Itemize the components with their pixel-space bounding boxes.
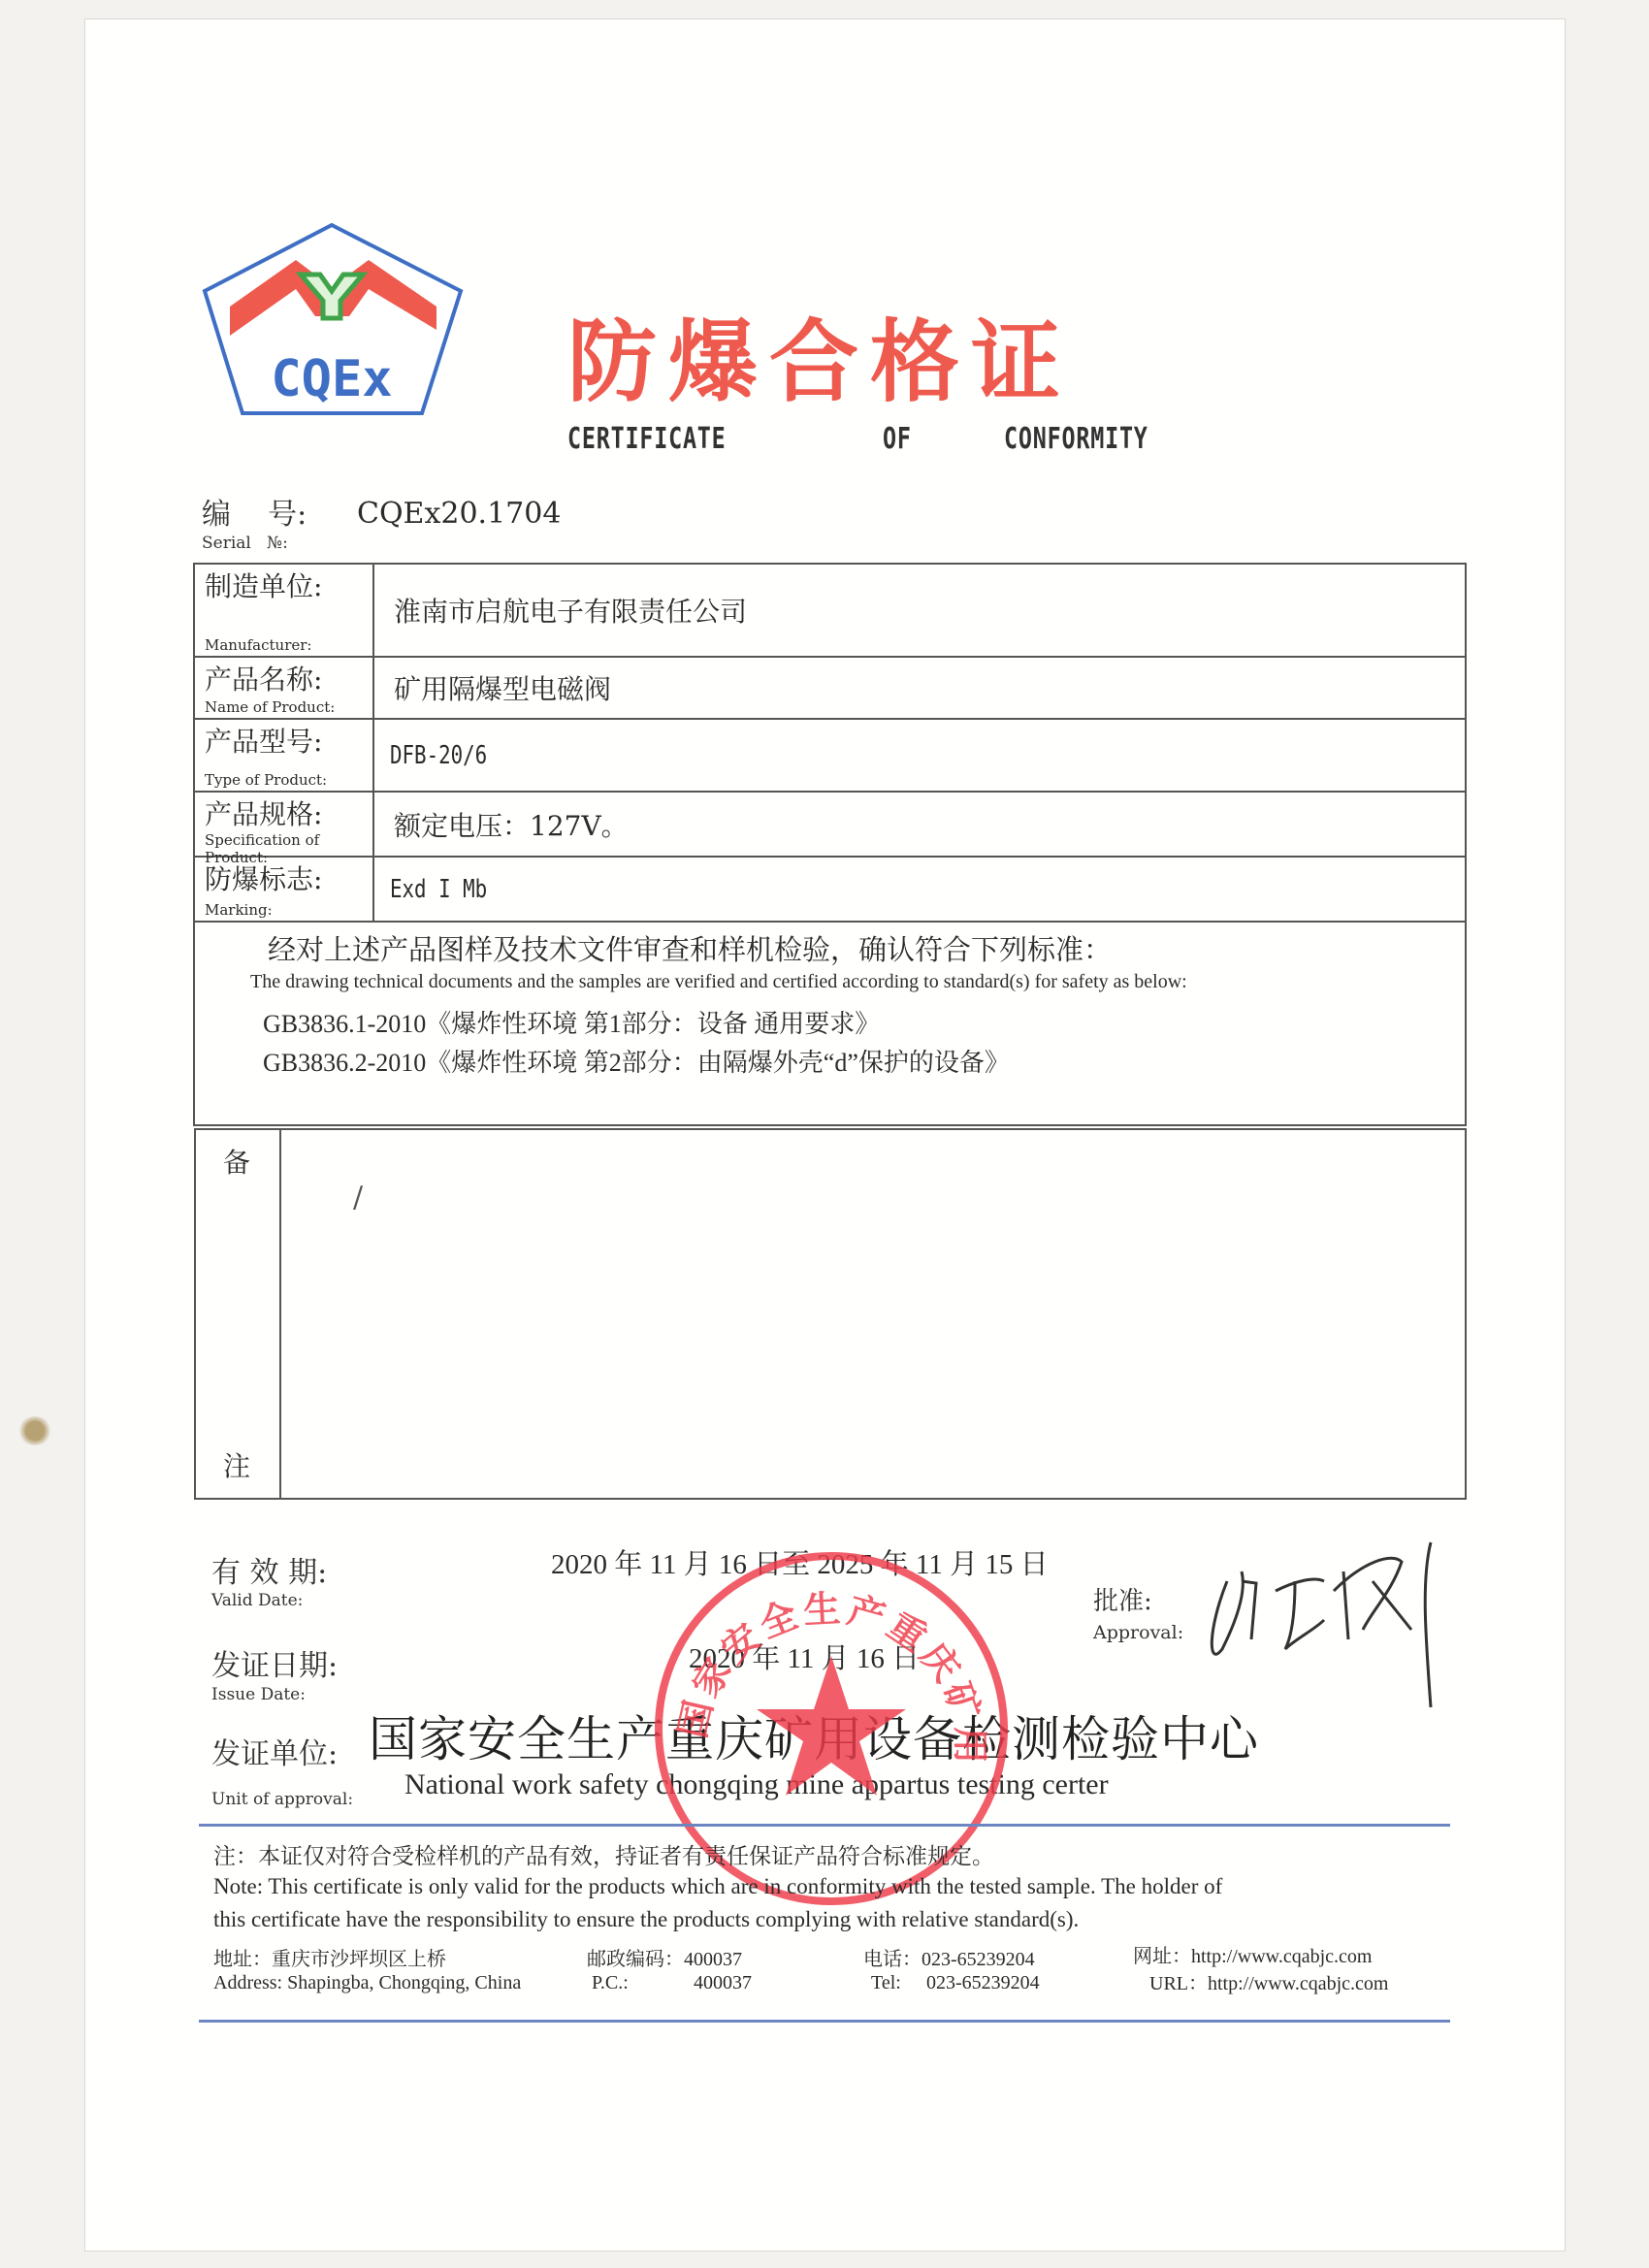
tel-en-value: 023-65239204 <box>926 1972 1040 1994</box>
serial-label-cn: 编 号: <box>202 490 307 533</box>
specification-value: 额定电压：127V。 <box>374 793 1465 856</box>
table-row-marking: 防爆标志:Marking: Exd I Mb <box>195 858 1465 923</box>
postcode-cn: 邮政编码：400037 <box>587 1943 742 1971</box>
title-cn: 防爆合格证 <box>567 291 1072 419</box>
remarks-box: 备 注 / <box>194 1128 1467 1500</box>
valid-label-en: Valid Date: <box>211 1591 303 1610</box>
standards-intro-cn: 经对上述产品图样及技术文件审查和样机检验，确认符合下列标准： <box>268 928 1112 968</box>
issuer-label-en: Unit of approval: <box>211 1790 353 1809</box>
table-row-specification: 产品规格:Specification of Product: 额定电压：127V… <box>195 793 1465 858</box>
footer-rule-top <box>199 1824 1450 1827</box>
standards-intro-en: The drawing technical documents and the … <box>250 971 1187 993</box>
issue-label-en: Issue Date: <box>211 1685 306 1704</box>
logo-text: CQEx <box>271 350 392 408</box>
postcode-en-label: P.C.: <box>592 1972 629 1994</box>
field-label-cn: 产品规格: <box>205 798 372 831</box>
address-en: Address: Shapingba, Chongqing, China <box>213 1972 521 1994</box>
address-cn: 地址：重庆市沙坪坝区上桥 <box>213 1943 446 1971</box>
title-en-of: OF <box>883 422 912 456</box>
table-row-product-name: 产品名称:Name of Product: 矿用隔爆型电磁阀 <box>195 658 1465 720</box>
product-name-value: 矿用隔爆型电磁阀 <box>374 658 1465 718</box>
field-label-en: Type of Product: <box>205 771 372 789</box>
field-label-en: Manufacturer: <box>205 636 372 654</box>
remarks-label-bottom: 注 <box>223 1445 250 1484</box>
valid-label-cn: 有 效 期: <box>211 1548 327 1591</box>
manufacturer-value: 淮南市启航电子有限责任公司 <box>374 565 1465 656</box>
remarks-value: / <box>353 1181 363 1215</box>
postcode-en-value: 400037 <box>694 1972 752 1994</box>
cqex-logo-icon: CQEx <box>199 221 466 420</box>
issuer-label-cn: 发证单位: <box>211 1730 338 1772</box>
field-label-en: Name of Product: <box>205 698 372 716</box>
field-label-cn: 制造单位: <box>205 570 372 603</box>
serial-label-en: Serial №: <box>202 534 288 553</box>
standards-section: 经对上述产品图样及技术文件审查和样机检验，确认符合下列标准： The drawi… <box>195 923 1465 1126</box>
website-en[interactable]: URL：http://www.cqabjc.com <box>1149 1967 1388 1995</box>
field-label-cn: 防爆标志: <box>205 863 372 896</box>
footer-note-cn: 注：本证仅对符合受检样机的产品有效，持证者有责任保证产品符合标准规定。 <box>213 1838 994 1870</box>
remarks-label-column <box>196 1130 281 1498</box>
product-info-table: 制造单位:Manufacturer: 淮南市启航电子有限责任公司 产品名称:Na… <box>193 563 1467 1126</box>
standard-item: GB3836.1-2010《爆炸性环境 第1部分：设备 通用要求》 <box>263 1004 880 1040</box>
issue-label-cn: 发证日期: <box>211 1641 338 1684</box>
approval-label-en: Approval: <box>1093 1622 1183 1643</box>
footer-note-en-line2: this certificate have the responsibility… <box>213 1907 1079 1932</box>
standard-item: GB3836.2-2010《爆炸性环境 第2部分：由隔爆外壳“d”保护的设备》 <box>263 1043 1010 1079</box>
table-row-product-type: 产品型号:Type of Product: DFB-20/6 <box>195 720 1465 793</box>
product-type-value: DFB-20/6 <box>374 720 1246 791</box>
dirt-speck <box>17 1416 52 1445</box>
tel-en-label: Tel: <box>871 1972 901 1994</box>
title-en-certificate: CERTIFICATE <box>567 422 727 456</box>
website-cn[interactable]: 网址：http://www.cqabjc.com <box>1133 1940 1372 1968</box>
footer-rule-bottom <box>199 2020 1450 2023</box>
tel-cn: 电话：023-65239204 <box>863 1943 1035 1971</box>
field-label-en: Marking: <box>205 901 372 919</box>
field-label-cn: 产品名称: <box>205 664 372 697</box>
approval-label-cn: 批准: <box>1093 1581 1152 1617</box>
title-en-conformity: CONFORMITY <box>1004 422 1148 456</box>
approval-signature-icon <box>1198 1523 1470 1717</box>
serial-number: CQEx20.1704 <box>357 497 561 531</box>
table-row-manufacturer: 制造单位:Manufacturer: 淮南市启航电子有限责任公司 <box>195 565 1465 658</box>
remarks-label-top: 备 <box>223 1142 250 1181</box>
marking-value: Exd I Mb <box>374 858 1246 921</box>
footer-note-en-line1: Note: This certificate is only valid for… <box>213 1874 1222 1899</box>
field-label-cn: 产品型号: <box>205 726 372 759</box>
